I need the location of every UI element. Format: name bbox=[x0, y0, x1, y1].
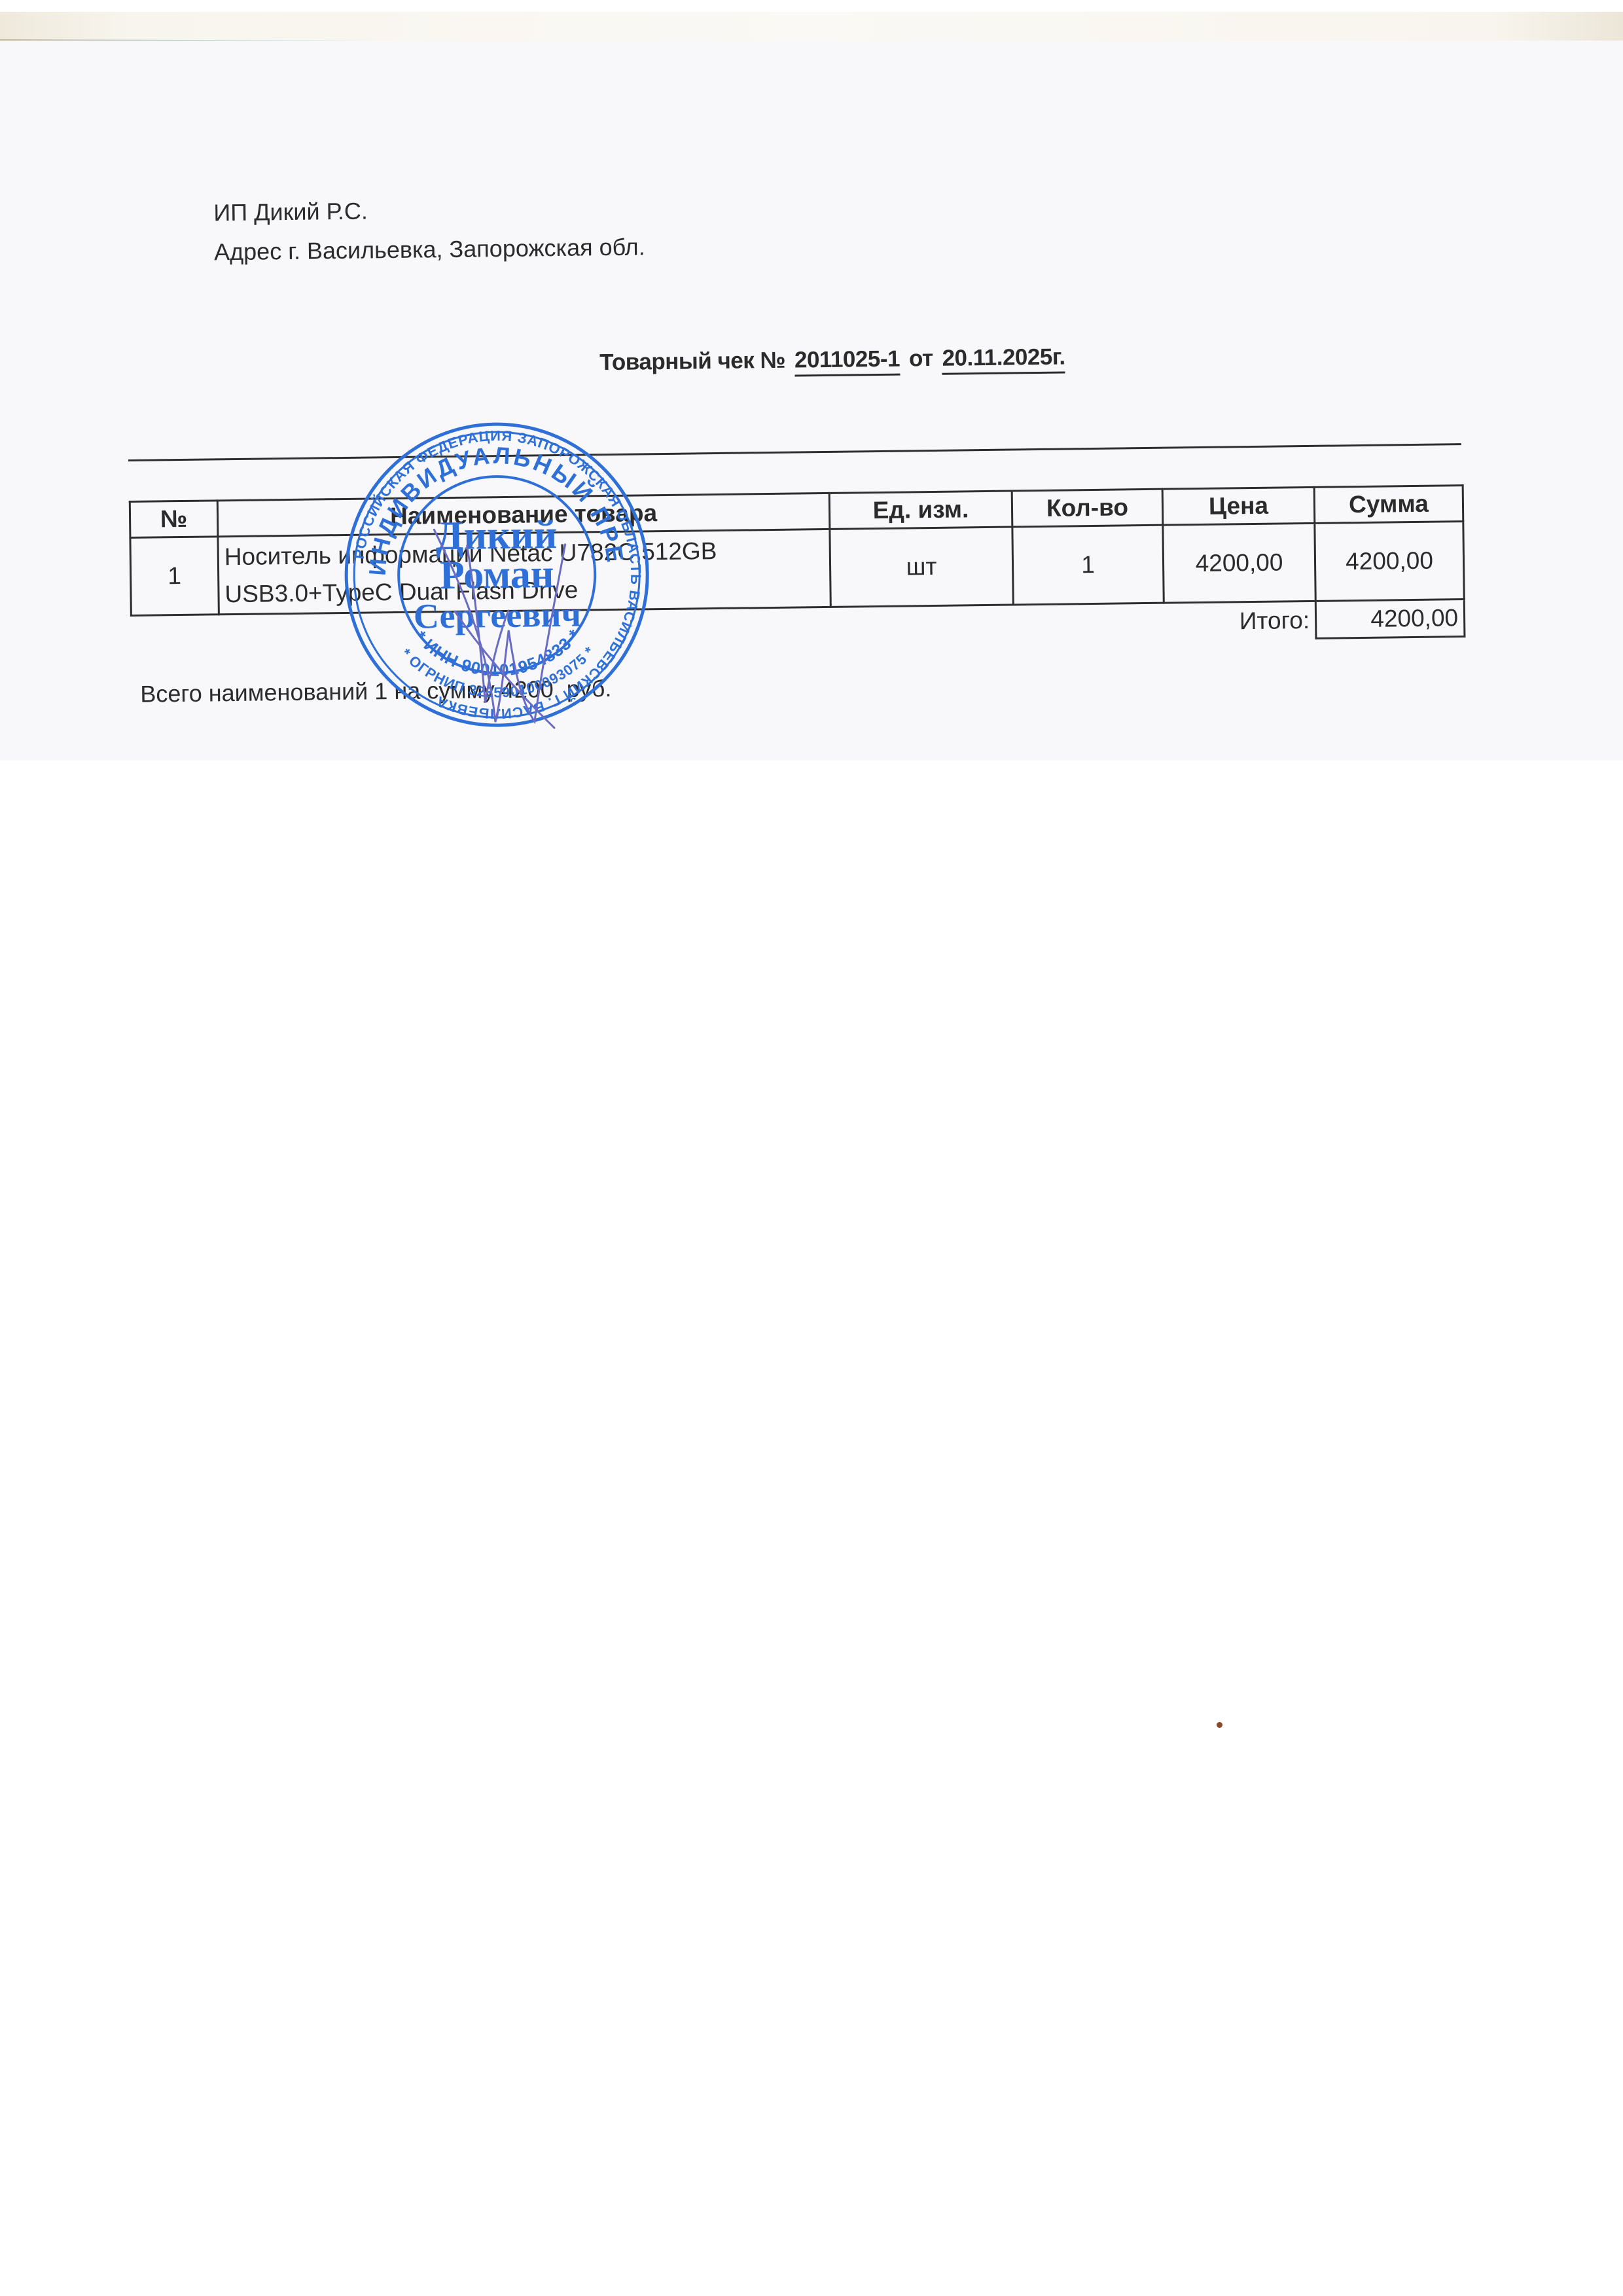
summary-text: Всего наименований 1 на сумму 4200 руб. bbox=[140, 675, 612, 708]
cell-price: 4200,00 bbox=[1163, 523, 1315, 603]
cell-name-line2: USB3.0+TypeC Dual Flash Drive bbox=[224, 568, 822, 613]
horizontal-rule bbox=[128, 443, 1461, 461]
cell-unit: шт bbox=[830, 527, 1013, 607]
cell-name: Носитель информации Netac U782C 512GB US… bbox=[218, 529, 830, 614]
seller-address: Адрес г. Васильевка, Запорожская обл. bbox=[214, 233, 645, 266]
title-date-prefix: от bbox=[909, 346, 933, 371]
column-header-unit: Ед. изм. bbox=[829, 491, 1012, 529]
receipt-number: 2011025-1 bbox=[794, 346, 900, 377]
receipt-date: 20.11.2025г. bbox=[942, 344, 1065, 374]
column-header-quantity: Кол-во bbox=[1012, 489, 1163, 527]
total-value: 4200,00 bbox=[1315, 600, 1465, 639]
receipt-page: ИП Дикий Р.С. Адрес г. Васильевка, Запор… bbox=[0, 0, 1623, 787]
receipt-title: Товарный чек №2011025-1от20.11.2025г. bbox=[599, 344, 1065, 379]
column-header-sum: Сумма bbox=[1314, 486, 1463, 524]
goods-table: № Наименование товара Ед. изм. Кол-во Це… bbox=[129, 484, 1466, 654]
title-prefix: Товарный чек № bbox=[599, 348, 785, 375]
cell-quantity: 1 bbox=[1012, 525, 1164, 605]
column-header-number: № bbox=[130, 501, 218, 538]
scan-speck bbox=[1217, 1722, 1222, 1728]
column-header-price: Цена bbox=[1162, 487, 1315, 525]
cell-number: 1 bbox=[130, 537, 219, 616]
seller-name: ИП Дикий Р.С. bbox=[213, 198, 368, 227]
cell-sum: 4200,00 bbox=[1315, 522, 1464, 601]
